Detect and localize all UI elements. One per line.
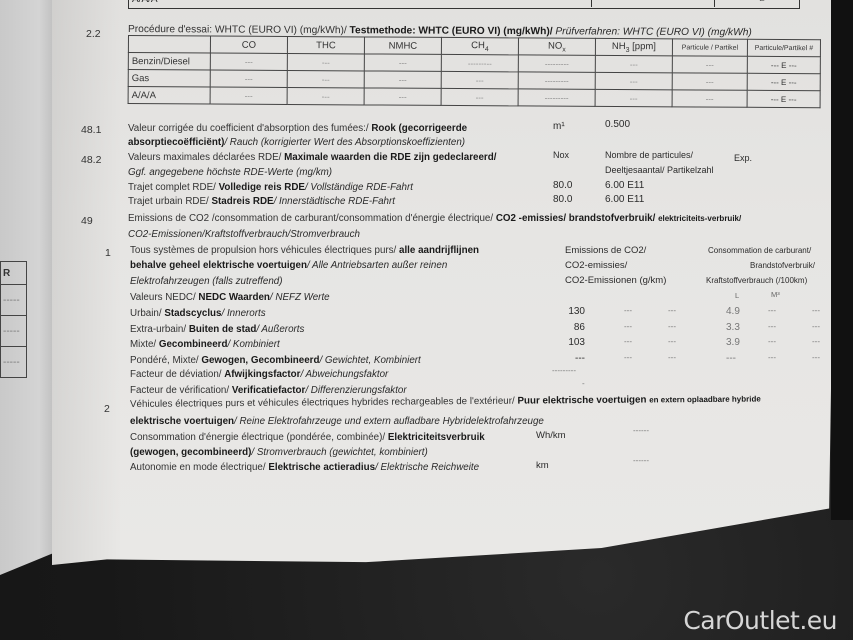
previous-row-cell: --- E --- — [749, 0, 775, 3]
text-nl: (gewogen, gecombineerd) — [130, 447, 251, 458]
nedc-value-c6: --- — [812, 353, 820, 362]
previous-table-row: A/A/A --- E --- — [128, 0, 800, 9]
text-de: / Außerorts — [256, 324, 304, 335]
deviation-factor-value: --------- — [552, 366, 576, 375]
nedc-row-label: Mixte/ Gecombineerd/ Kombiniert — [130, 339, 280, 350]
rde-urban-nox: 80.0 — [553, 194, 572, 205]
text-de: / Vollständige RDE-Fahrt — [305, 182, 413, 193]
text-nl: Buiten de stad — [189, 324, 257, 335]
text-de: / Rauch (korrigierter Wert des Absorptio… — [224, 137, 465, 148]
watermark-logo: CarOutlet.eu — [683, 606, 837, 635]
range-unit: km — [536, 460, 549, 471]
text-nl: behalve geheel elektrische voertuigen — [130, 260, 307, 271]
nedc-value-l: 3.3 — [726, 322, 740, 333]
table-header: Particule / Partikel — [672, 39, 747, 56]
energy-consumption-row-2: (gewogen, gecombineerd)/ Stromverbrauch … — [130, 447, 428, 458]
nedc-value-l: --- — [726, 353, 736, 364]
table-cell: --- — [364, 54, 441, 71]
text-nl: elektriciteits-verbruik/ — [658, 214, 741, 223]
table-header-ch4: CH4 — [441, 37, 518, 54]
text-de: / Kombiniert — [227, 339, 279, 350]
text-de: / Innerorts — [222, 308, 266, 319]
table-cell: --- E --- — [747, 56, 820, 73]
text-nl: Stadscyclus — [164, 308, 221, 319]
text-de: CO2-Emissionen/Kraftstoffverbrauch/Strom… — [128, 229, 360, 240]
nedc-value-c6: --- — [812, 306, 820, 315]
rde-particles-header-2: Deeltjesaantal/ Partikelzahl — [605, 165, 714, 175]
rde-particles-header-1: Nombre de particules/ — [605, 150, 693, 160]
table-cell: --- — [210, 70, 287, 87]
table-cell: --- — [364, 88, 441, 105]
rde-complete-nox: 80.0 — [553, 180, 572, 191]
text-fr: Facteur de vérification/ — [130, 385, 232, 396]
text-fr: Facteur de déviation/ — [130, 369, 224, 380]
page-fold-shadow — [52, 0, 122, 565]
text-nl: Puur elektrische voertuigen — [517, 394, 649, 406]
table-cell: --- — [595, 55, 672, 72]
rde-row-urban: Trajet urbain RDE/ Stadreis RDE/ Innerst… — [128, 196, 395, 207]
table-cell: --------- — [518, 55, 595, 72]
smoke-unit: m¹ — [553, 121, 565, 132]
fuel-header-2: Brandstofverbruik/ — [750, 261, 815, 270]
text-fr: Consommation d'énergie électrique (pondé… — [130, 432, 388, 443]
table-cell: --- — [210, 53, 287, 70]
rde-complete-particles: 6.00 E11 — [605, 180, 644, 191]
smoke-absorption-line-2: absorptiecoëfficiënt)/ Rauch (korrigiert… — [128, 137, 465, 148]
co2-section-line-1: Emissions de CO2 /consommation de carbur… — [128, 213, 741, 224]
nedc-value-c2: --- — [624, 337, 632, 346]
rde-urban-particles: 6.00 E11 — [605, 194, 644, 205]
table-cell: --- — [595, 89, 672, 106]
energy-value: ------ — [633, 426, 649, 435]
fuel-header-1: Consommation de carburant/ — [708, 246, 811, 255]
table-cell: --- — [210, 87, 287, 104]
table-cell: --- E --- — [747, 90, 820, 107]
fragment-header: R — [1, 262, 27, 285]
co2-header-3: CO2-Emissionen (g/km) — [565, 275, 666, 286]
nedc-row-label: Pondéré, Mixte/ Gewogen, Gecombineerd/ G… — [130, 355, 421, 366]
text-fr: Mixte/ — [130, 339, 159, 350]
smoke-absorption-line-1: Valeur corrigée du coefficient d'absorpt… — [128, 123, 467, 134]
table-cell: --- — [364, 71, 441, 88]
text-nl: Verificatiefactor — [232, 385, 306, 396]
text-de: / NEFZ Werte — [270, 292, 330, 303]
text-fr: Trajet urbain RDE/ — [128, 196, 211, 207]
table-header-corner — [128, 36, 210, 54]
nedc-value-c6: --- — [812, 337, 820, 346]
text-fr: Emissions de CO2 /consommation de carbur… — [128, 213, 496, 224]
section-number: 48.2 — [81, 154, 101, 166]
section-number: 49 — [81, 215, 93, 227]
nedc-value-l: 4.9 — [726, 306, 740, 317]
nedc-value-c3: --- — [668, 322, 676, 331]
fuel-unit-m3: M³ — [771, 290, 780, 299]
range-value: ------ — [633, 456, 649, 465]
fuel-unit-l: L — [735, 291, 739, 300]
text-nl: Stadreis RDE — [211, 196, 273, 207]
table-cell: --- — [287, 53, 364, 70]
text-fr: Urbain/ — [130, 308, 164, 319]
co2-header-1: Emissions de CO2/ — [565, 245, 646, 256]
text-de: / Gewichtet, Kombiniert — [319, 355, 420, 366]
sub1-line-1: Tous systèmes de propulsion hors véhicul… — [130, 245, 479, 256]
table-cell: --- — [672, 90, 747, 107]
nedc-value-c2: --- — [624, 353, 632, 362]
text-fr: Trajet complet RDE/ — [128, 182, 219, 193]
text-nl: Maximale waarden die RDE zijn gedeclaree… — [284, 152, 496, 163]
verification-factor-row: Facteur de vérification/ Verificatiefact… — [130, 385, 407, 396]
row-label: A/A/A — [128, 87, 210, 105]
table-header-nox: NOx — [518, 38, 595, 55]
section-number: 2.2 — [86, 28, 101, 40]
co2-header-2: CO2-emissies/ — [565, 260, 627, 271]
fragment-cell: ----- — [1, 347, 27, 378]
text-de: / Innerstädtische RDE-Fahrt — [274, 196, 395, 207]
text-nl: absorptiecoëfficiënt) — [128, 137, 224, 148]
rde-row-complete: Trajet complet RDE/ Volledige reis RDE/ … — [128, 182, 413, 193]
text-nl: Gecombineerd — [159, 339, 228, 350]
text-de: / Abweichungsfaktor — [300, 369, 388, 380]
text-fr: Autonomie en mode électrique/ — [130, 462, 268, 473]
table-cell: --- — [672, 56, 747, 73]
table-cell: --------- — [518, 72, 595, 89]
title-de: Prüfverfahren: WHTC (EURO VI) (mg/kWh) — [555, 26, 751, 38]
nedc-label: Valeurs NEDC/ NEDC Waarden/ NEFZ Werte — [130, 292, 330, 303]
deviation-factor-row: Facteur de déviation/ Afwijkingsfactor/ … — [130, 369, 388, 380]
verification-factor-value: - — [582, 379, 585, 388]
table-cell: --- — [441, 71, 518, 88]
text-de: Ggf. angegebene höchste RDE-Werte (mg/km… — [128, 167, 332, 178]
co2-section-line-2: CO2-Emissionen/Kraftstoffverbrauch/Strom… — [128, 229, 360, 240]
nedc-value-c3: --- — [668, 353, 676, 362]
energy-consumption-row: Consommation d'énergie électrique (pondé… — [130, 432, 485, 443]
nedc-value-m3: --- — [768, 322, 776, 331]
sub1-line-2: behalve geheel elektrische voertuigen/ A… — [130, 260, 447, 271]
text-de: / Reine Elektrofahrzeuge und extern aufl… — [234, 416, 544, 427]
text-fr: Extra-urbain/ — [130, 324, 189, 335]
energy-unit: Wh/km — [536, 430, 566, 441]
nedc-value-c6: --- — [812, 322, 820, 331]
text-de: Elektrofahrzeugen (falls zutreffend) — [130, 276, 282, 287]
text-nl: Elektrische actieradius — [268, 462, 375, 473]
text-de: / Stromverbrauch (gewichtet, kombiniert) — [251, 447, 427, 458]
table-cell: --- E --- — [747, 73, 820, 90]
subsection-number: 2 — [104, 403, 110, 415]
text-nl: elektrische voertuigen — [130, 416, 234, 427]
text-nl: Afwijkingsfactor — [224, 369, 300, 380]
rde-line-1: Valeurs maximales déclarées RDE/ Maximal… — [128, 152, 496, 163]
electric-range-row: Autonomie en mode électrique/ Elektrisch… — [130, 462, 479, 473]
text-de: / Elektrische Reichweite — [375, 462, 479, 473]
table-cell: --------- — [518, 89, 595, 106]
nedc-value-c2: --- — [624, 322, 632, 331]
fragment-cell: ----- — [1, 316, 27, 347]
fuel-header-3: Kraftstoffverbrauch (/100km) — [706, 276, 807, 285]
text-nl: NEDC Waarden — [198, 292, 270, 303]
text-nl: Volledige reis RDE — [219, 182, 305, 193]
table-cell: --- — [287, 70, 364, 87]
text-nl: alle aandrijflijnen — [399, 245, 479, 256]
row-label: Gas — [128, 70, 210, 88]
table-row: A/A/A --- --- --- --- --------- --- --- … — [128, 87, 820, 108]
table-header: CO — [210, 36, 287, 53]
nedc-value-co2: --- — [575, 353, 585, 364]
row-label: Benzin/Diesel — [128, 53, 210, 71]
text-nl: en extern oplaadbare hybride — [649, 394, 761, 404]
text-de: / Differenzierungsfaktor — [305, 385, 406, 396]
table-header: THC — [287, 36, 364, 53]
text-nl: Rook (gecorrigeerde — [371, 123, 467, 134]
nedc-row-label: Urbain/ Stadscyclus/ Innerorts — [130, 308, 266, 319]
rde-line-2: Ggf. angegebene höchste RDE-Werte (mg/km… — [128, 167, 332, 178]
previous-row-label: A/A/A — [132, 0, 158, 5]
rde-exp-header: Exp. — [734, 153, 752, 163]
nedc-value-co2: 86 — [574, 322, 585, 333]
smoke-value: 0.500 — [605, 119, 630, 130]
nedc-row-label: Extra-urbain/ Buiten de stad/ Außerorts — [130, 324, 304, 335]
text-fr: Valeurs maximales déclarées RDE/ — [128, 152, 284, 163]
nedc-value-m3: --- — [768, 353, 776, 362]
nedc-value-l: 3.9 — [726, 337, 740, 348]
subsection-number: 1 — [105, 247, 111, 259]
text-fr: Valeurs NEDC/ — [130, 292, 198, 303]
text-de: / Alle Antriebsarten außer reinen — [307, 260, 447, 271]
left-page-table-fragment: R ----- ----- ----- — [0, 261, 27, 378]
whtc-emissions-table: CO THC NMHC CH4 NOx NH3 [ppm] Particule … — [128, 35, 821, 108]
text-nl: Elektriciteitsverbruik — [388, 432, 485, 443]
table-cell: --------- — [441, 54, 518, 71]
title-nl: Testmethode: WHTC (EURO VI) (mg/kWh)/ — [350, 25, 556, 37]
nedc-value-m3: --- — [768, 306, 776, 315]
text-nl: Gewogen, Gecombineerd — [201, 355, 319, 366]
sub1-line-3: Elektrofahrzeugen (falls zutreffend) — [130, 276, 282, 287]
left-page: R ----- ----- ----- — [0, 0, 56, 575]
table-header: NMHC — [364, 37, 441, 54]
nedc-value-c3: --- — [668, 306, 676, 315]
table-cell: --- — [672, 73, 747, 90]
table-cell: --- — [441, 88, 518, 105]
table-cell: --- — [287, 87, 364, 104]
text-nl: CO2 -emissies/ brandstofverbruik/ — [496, 213, 658, 224]
dark-edge — [831, 0, 853, 520]
rde-nox-header: Nox — [553, 150, 569, 160]
nedc-value-m3: --- — [768, 337, 776, 346]
nedc-value-co2: 130 — [568, 306, 585, 317]
text-fr: Tous systèmes de propulsion hors véhicul… — [130, 245, 399, 256]
text-fr: Valeur corrigée du coefficient d'absorpt… — [128, 123, 371, 134]
sub2-line-2: elektrische voertuigen/ Reine Elektrofah… — [130, 416, 544, 427]
section-number: 48.1 — [81, 124, 101, 136]
table-header: Particule/Partikel # — [747, 39, 820, 56]
nedc-value-c3: --- — [668, 337, 676, 346]
nedc-value-co2: 103 — [568, 337, 585, 348]
table-header-nh3: NH3 [ppm] — [595, 38, 672, 55]
nedc-value-c2: --- — [624, 306, 632, 315]
text-fr: Pondéré, Mixte/ — [130, 355, 201, 366]
table-cell: --- — [595, 72, 672, 89]
fragment-cell: ----- — [1, 285, 27, 316]
